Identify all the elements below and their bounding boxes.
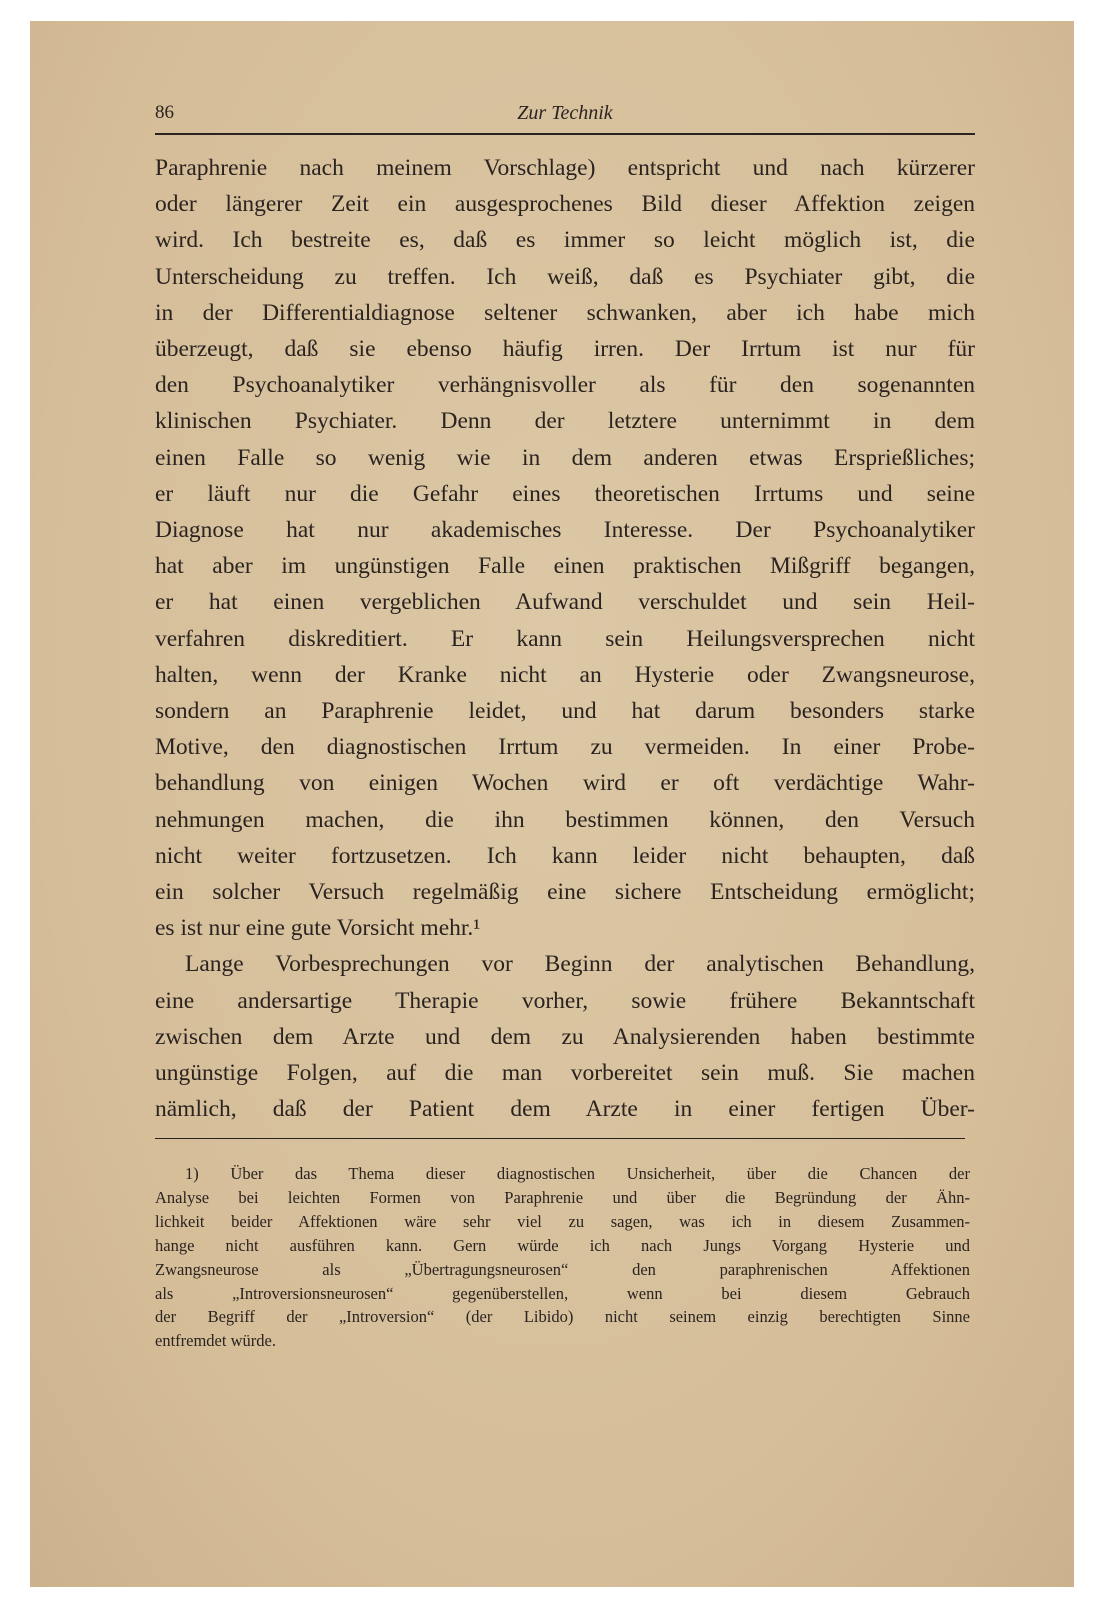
footnote-line: entfremdet würde. xyxy=(155,1329,970,1353)
text-line: Lange Vorbesprechungen vor Beginn der an… xyxy=(155,946,975,982)
text-line: zwischen dem Arzte und dem zu Analysiere… xyxy=(155,1019,975,1055)
text-line: er hat einen vergeblichen Aufwand versch… xyxy=(155,584,975,620)
text-line: es ist nur eine gute Vorsicht mehr.¹ xyxy=(155,910,975,946)
text-line: nehmungen machen, die ihn bestimmen könn… xyxy=(155,802,975,838)
footnote-line: Zwangsneurose als „Übertragungsneurosen“… xyxy=(155,1258,970,1282)
footnote-line: der Begriff der „Introversion“ (der Libi… xyxy=(155,1305,970,1329)
text-line: verfahren diskreditiert. Er kann sein He… xyxy=(155,621,975,657)
text-line: nicht weiter fortzusetzen. Ich kann leid… xyxy=(155,838,975,874)
text-line: behandlung von einigen Wochen wird er of… xyxy=(155,765,975,801)
text-line: eine andersartige Therapie vorher, sowie… xyxy=(155,983,975,1019)
text-line: halten, wenn der Kranke nicht an Hysteri… xyxy=(155,657,975,693)
text-line: klinischen Psychiater. Denn der letztere… xyxy=(155,403,975,439)
running-title: Zur Technik xyxy=(155,102,975,125)
text-line: er läuft nur die Gefahr eines theoretisc… xyxy=(155,476,975,512)
footnote-line: hange nicht ausführen kann. Gern würde i… xyxy=(155,1234,970,1258)
text-line: ein solcher Versuch regelmäßig eine sich… xyxy=(155,874,975,910)
body-text: Paraphrenie nach meinem Vorschlage) ents… xyxy=(155,150,975,1127)
text-line: in der Differentialdiagnose seltener sch… xyxy=(155,295,975,331)
footnote-line: lichkeit beider Affektionen wäre sehr vi… xyxy=(155,1210,970,1234)
footnote-line: Analyse bei leichten Formen von Paraphre… xyxy=(155,1186,970,1210)
text-line: wird. Ich bestreite es, daß es immer so … xyxy=(155,222,975,258)
text-line: nämlich, daß der Patient dem Arzte in ei… xyxy=(155,1091,975,1127)
header-rule xyxy=(155,133,975,135)
page-header: 86 Zur Technik xyxy=(155,100,975,130)
text-line: Motive, den diagnostischen Irrtum zu ver… xyxy=(155,729,975,765)
footnote-line: als „Introversionsneurosen“ gegenüberste… xyxy=(155,1282,970,1306)
text-line: ungünstige Folgen, auf die man vorbereit… xyxy=(155,1055,975,1091)
footnote-line: 1) Über das Thema dieser diagnostischen … xyxy=(155,1162,970,1186)
text-line: überzeugt, daß sie ebenso häufig irren. … xyxy=(155,331,975,367)
text-line: Unterscheidung zu treffen. Ich weiß, daß… xyxy=(155,259,975,295)
footnote-rule xyxy=(155,1138,965,1139)
text-line: Paraphrenie nach meinem Vorschlage) ents… xyxy=(155,150,975,186)
text-line: einen Falle so wenig wie in dem anderen … xyxy=(155,440,975,476)
text-line: den Psychoanalytiker verhängnisvoller al… xyxy=(155,367,975,403)
text-line: oder längerer Zeit ein ausgesprochenes B… xyxy=(155,186,975,222)
text-line: hat aber im ungünstigen Falle einen prak… xyxy=(155,548,975,584)
text-line: Diagnose hat nur akademisches Interesse.… xyxy=(155,512,975,548)
text-line: sondern an Paraphrenie leidet, und hat d… xyxy=(155,693,975,729)
footnote: 1) Über das Thema dieser diagnostischen … xyxy=(155,1162,970,1353)
